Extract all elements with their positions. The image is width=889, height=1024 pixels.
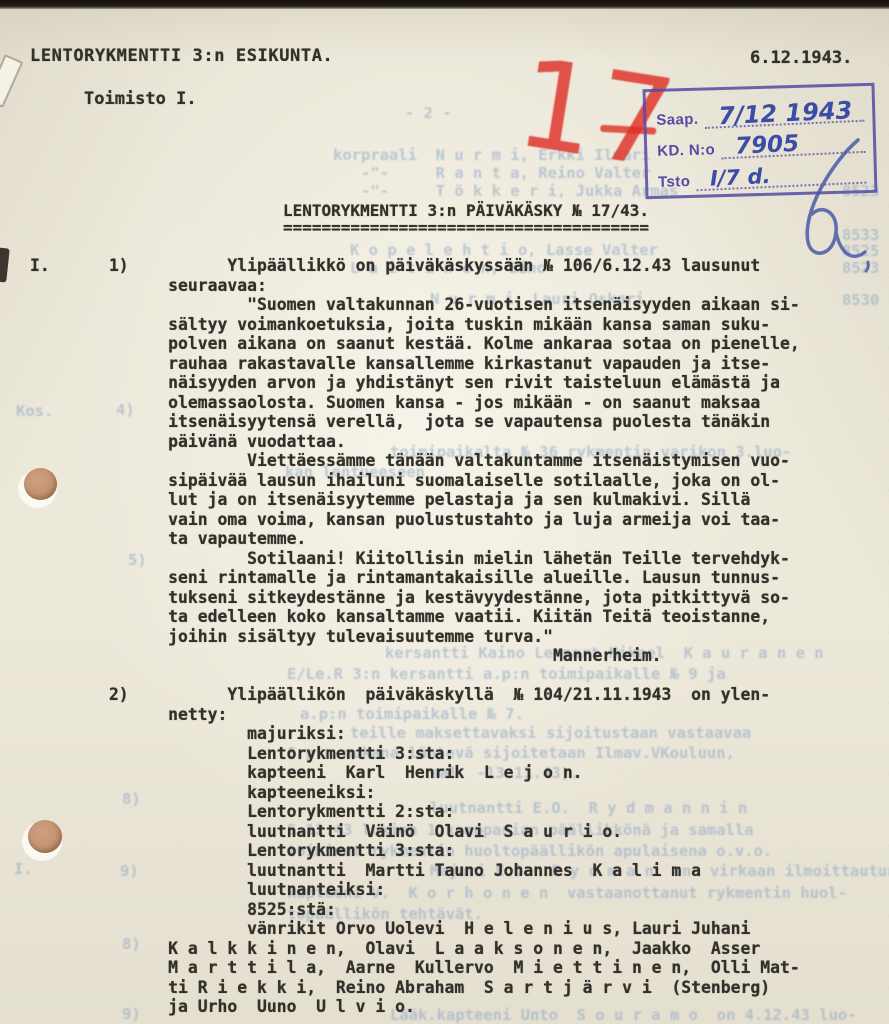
daily-order-title-block: LENTORYKMENTTI 3:n PÄIVÄKÄSKY № 17/43. =…: [283, 201, 649, 237]
punch-hole-top: [24, 468, 57, 500]
stamp-row: Saap. 7/12 1943: [656, 92, 865, 129]
punch-hole-bottom: [28, 820, 62, 853]
body-text: I. 1) Ylipäällikkö on päiväkäskyssään № …: [30, 256, 800, 1017]
signature-flourish: [778, 136, 874, 276]
document-office-line: Toimisto I.: [84, 89, 197, 109]
bleedthrough-text: - 2 -: [405, 104, 452, 122]
bleedthrough-text: korpraali N u r m i, Erkki Ilmari: [333, 146, 650, 164]
scan-edge-top: [0, 0, 889, 9]
stamp-row-label: Tsto: [658, 173, 691, 191]
bleedthrough-text: -"- R a n t a, Reino Valter: [333, 164, 650, 182]
stamp-row-handwritten-value: 7/12 1943: [704, 100, 865, 129]
scan-edge-left: [0, 247, 10, 282]
bleedthrough-text: 8530: [842, 291, 879, 309]
staple-mark: [0, 54, 23, 108]
stamp-row-label: KD. N:o: [657, 141, 715, 160]
scanned-page: LENTORYKMENTTI 3:n ESIKUNTA. 6.12.1943. …: [0, 0, 889, 1024]
bleedthrough-text: -"- T ö k k e r i, Jukka Armas: [333, 182, 678, 200]
stamp-row-label: Saap.: [656, 111, 698, 129]
title-underline: ======================================: [283, 218, 649, 237]
document-header-unit: LENTORYKMENTTI 3:n ESIKUNTA.: [30, 46, 333, 66]
document-date: 6.12.1943.: [750, 48, 852, 68]
